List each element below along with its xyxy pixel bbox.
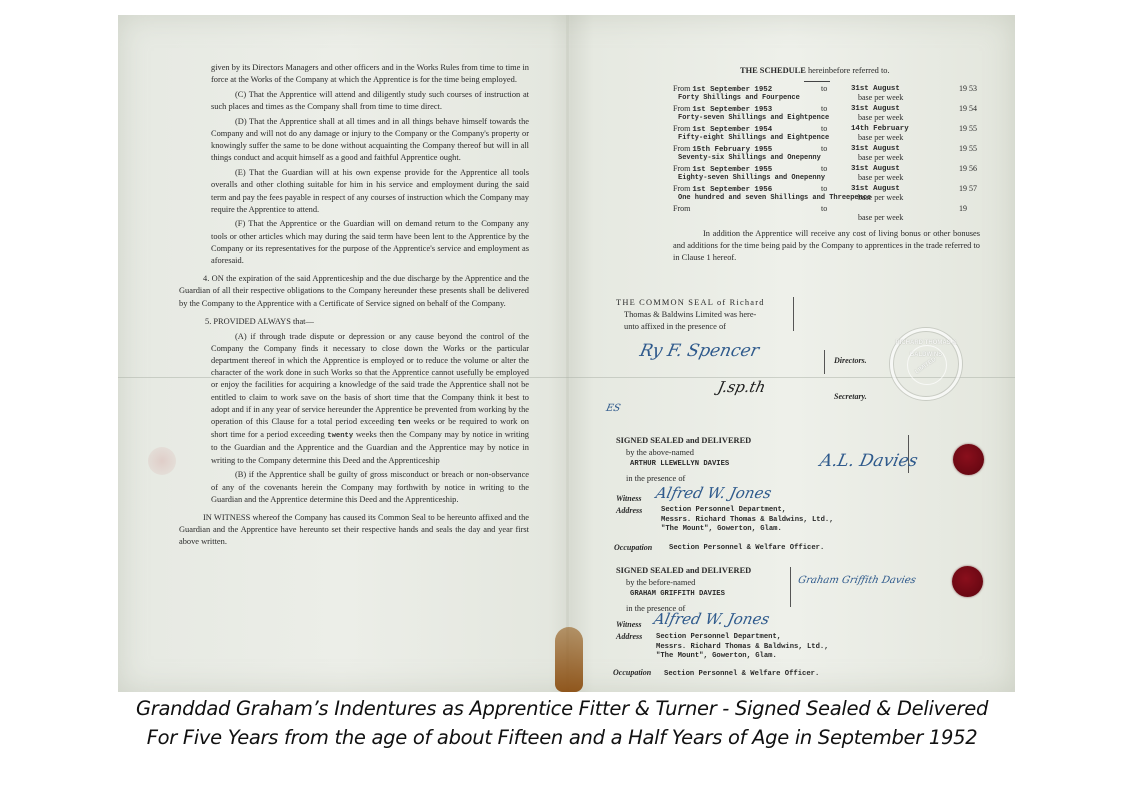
witness-signature: Alfred W. Jones	[655, 487, 773, 499]
base-per-week: base per week	[858, 212, 903, 224]
schedule-title: THE SCHEDULE hereinbefore referred to.	[740, 65, 890, 77]
indenture-document: given by its Directors Managers and othe…	[118, 15, 1015, 692]
red-wax-seal	[952, 566, 983, 597]
end-year: 19 54	[959, 103, 977, 115]
witness-occupation: Section Personnel & Welfare Officer.	[664, 669, 819, 681]
witness-address: Section Personnel Department, Messrs. Ri…	[661, 506, 834, 535]
schedule-row: From 1st September 1955Eighty-seven Shil…	[673, 163, 993, 183]
end-year: 19 55	[959, 143, 977, 155]
schedule-row: From 1st September 1953Forty-seven Shill…	[673, 103, 993, 123]
right-page: THE SCHEDULE hereinbefore referred to. F…	[118, 15, 1015, 692]
to-label: to	[821, 183, 827, 195]
end-year: 19	[959, 203, 967, 215]
red-wax-seal	[953, 444, 984, 475]
secretary-signature: J.sp.th	[717, 381, 767, 393]
secretary-label: Secretary.	[834, 391, 867, 403]
graham-signature: Graham Griffith Davies	[797, 575, 917, 587]
schedule-from: From	[673, 203, 690, 216]
witness-label: Witness	[616, 619, 642, 631]
witness-label: Witness	[616, 493, 642, 505]
schedule-row: From 15th February 1955Seventy-six Shill…	[673, 143, 993, 163]
occupation-label: Occupation	[613, 667, 651, 679]
brace	[790, 567, 791, 607]
to-label: to	[821, 103, 827, 115]
occupation-label: Occupation	[614, 542, 652, 554]
caption-line-1: Granddad Graham’s Indentures as Apprenti…	[0, 697, 1124, 720]
director-signature: Ry F. Spencer	[639, 345, 760, 357]
to-label: to	[821, 203, 827, 215]
embossed-company-seal: RICHARD THOMAS & BALDWINS LIMITED	[890, 328, 962, 400]
bonus-note: In addition the Apprentice will receive …	[673, 228, 980, 265]
common-seal-text: THE COMMON SEAL of Richard Thomas & Bald…	[616, 297, 788, 332]
schedule-row: From 1st September 1954Fifty-eight Shill…	[673, 123, 993, 143]
from-label: From	[673, 204, 690, 213]
brace	[824, 350, 825, 374]
end-year: 19 53	[959, 83, 977, 95]
end-year: 19 57	[959, 183, 977, 195]
end-year: 19 56	[959, 163, 977, 175]
brace	[793, 297, 794, 331]
schedule-row: From tobase per week19	[673, 203, 993, 223]
witness-occupation: Section Personnel & Welfare Officer.	[669, 543, 824, 555]
witness-address: Section Personnel Department, Messrs. Ri…	[656, 633, 829, 662]
address-label: Address	[616, 505, 642, 517]
caption-line-2: For Five Years from the age of about Fif…	[0, 726, 1124, 749]
schedule-row: From 1st September 1956One hundred and s…	[673, 183, 993, 203]
witness-signature: Alfred W. Jones	[653, 613, 771, 625]
schedule-row: From 1st September 1952Forty Shillings a…	[673, 83, 993, 103]
signature-block-apprentice-father: SIGNED SEALED and DELIVERED by the above…	[616, 435, 836, 485]
director-label: Directors.	[834, 355, 867, 367]
margin-initials: ES	[605, 403, 622, 415]
end-year: 19 55	[959, 123, 977, 135]
address-label: Address	[616, 631, 642, 643]
signature-block-apprentice: SIGNED SEALED and DELIVERED by the befor…	[616, 565, 836, 615]
to-label: to	[821, 163, 827, 175]
to-label: to	[821, 83, 827, 95]
arthur-signature: A.L. Davies	[819, 455, 919, 467]
to-label: to	[821, 123, 827, 135]
to-label: to	[821, 143, 827, 155]
schedule-rule	[804, 81, 830, 82]
